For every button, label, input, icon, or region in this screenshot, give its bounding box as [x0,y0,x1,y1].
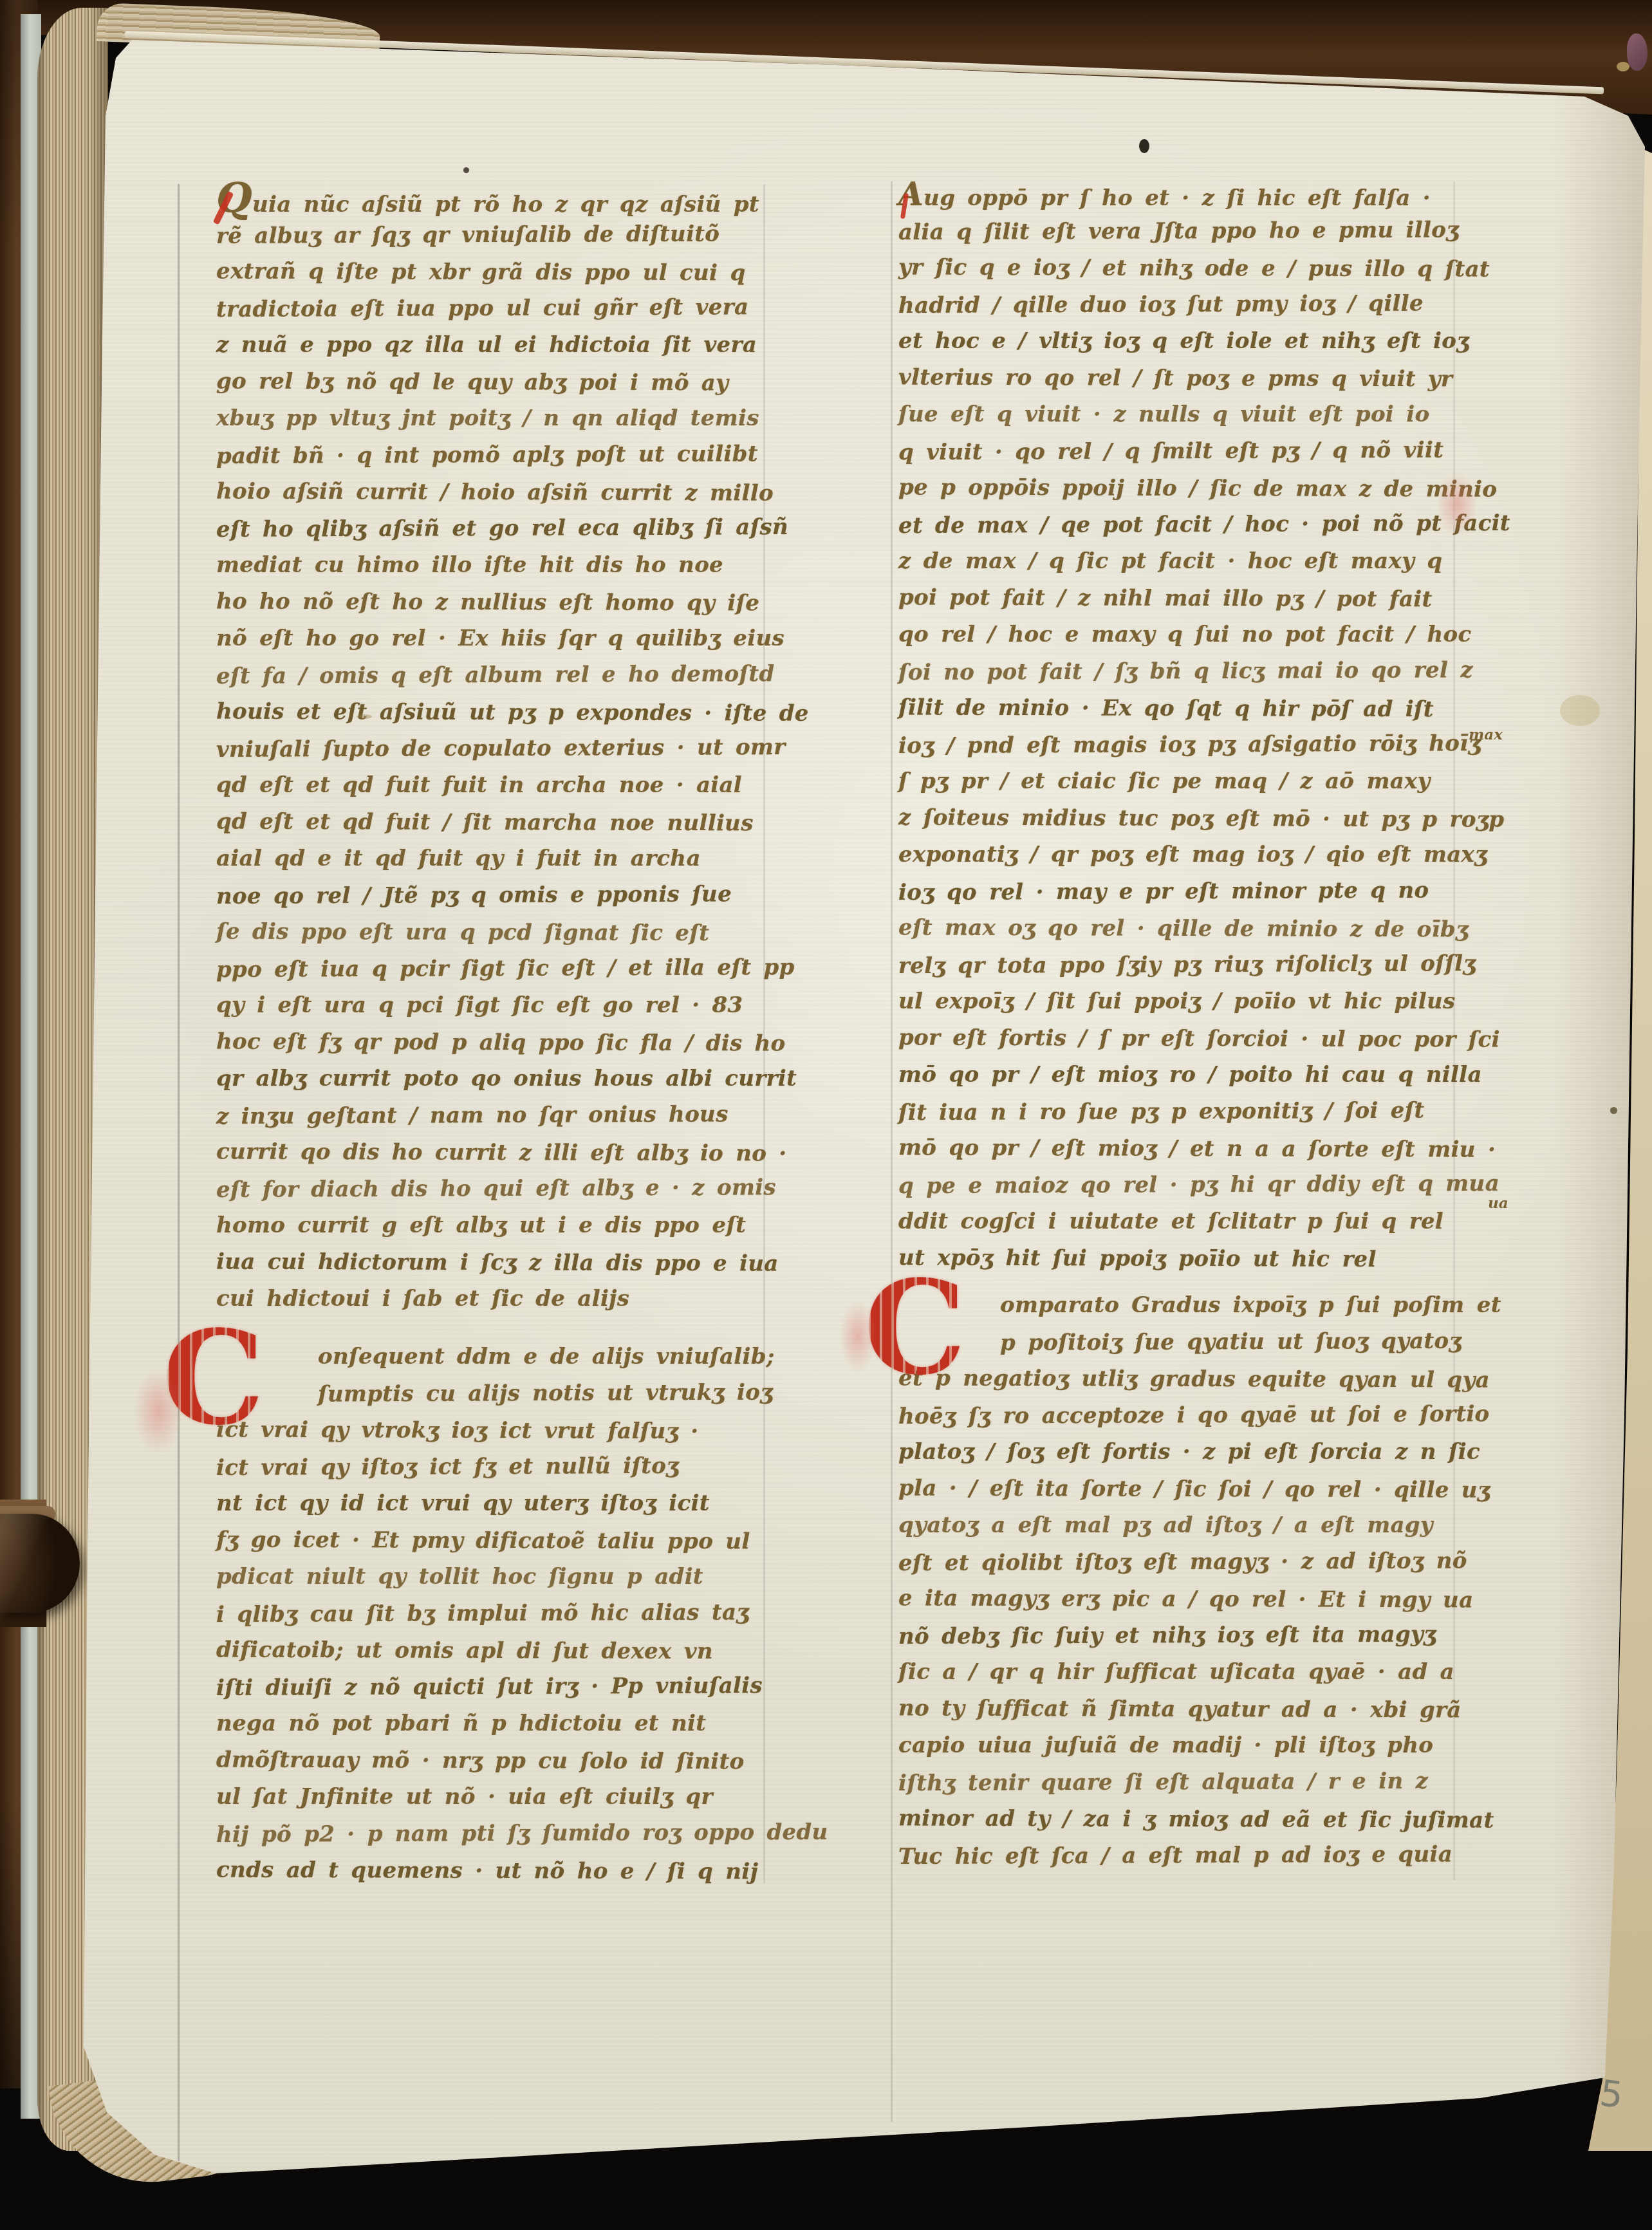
manuscript-text-line: ſilit de minio · Ex qo ſqt q hir pōſ ad … [898,691,1510,729]
manuscript-text-line: ut xpōʒ hit ſui ppoiʒ poīio ut hic rel [898,1241,1510,1279]
text-column-right-upper: Aug oppō pr ſ ho et · z ſi hic eſt falſa… [898,178,1510,1278]
manuscript-text-line: qo rel / hoc e maxy q ſui no pot facit /… [898,618,1510,655]
text-column-left-lower: onſequent ddm e de alijs vniuſalib;ſumpt… [216,1340,770,1890]
manuscript-text-line: cui hdictoui i ſab et ſic de alijs [216,1282,770,1319]
manuscript-text-line: et de max / qe pot facit / hoc · poi nõ … [898,506,1510,546]
manuscript-text-line: ict vrai qy iſtoʒ ict fʒ et nullũ iſtoʒ [216,1449,770,1488]
manuscript-text-line: hoio aſsiñ currit / hoio aſsiñ currit z … [216,474,770,513]
manuscript-text-line: e ita magyʒ erʒ pic a / qo rel · Et i mg… [898,1581,1510,1620]
interlinear-note: max [1469,726,1503,743]
manuscript-text-line: z nuã e ppo qz illa ul ei hdictoia ſit v… [216,328,770,365]
manuscript-text-line: q pe e maioz qo rel · pʒ hi qr ddiy eſt … [898,1167,1510,1206]
manuscript-text-line: dmõſtrauay mõ · nrʒ pp cu ſolo id ſinito [216,1743,770,1781]
manuscript-text-line: minor ad ty / za i ʒ mioʒ ad eã et ſic j… [898,1801,1510,1840]
manuscript-text-line: hoēʒ ſʒ ro acceptoze i qo qyaē ut ſoi e … [898,1397,1510,1436]
manuscript-text-line: ſumptis cu alijs notis ut vtrukʒ ioʒ [318,1375,770,1414]
paper-stain [357,714,372,719]
manuscript-text-line: go rel bʒ nõ qd le quy abʒ poi i mõ ay [216,364,770,403]
manuscript-text-line: vlterius ro qo rel / ſt poʒ e pms q viui… [898,360,1510,399]
manuscript-text-line: eſt fa / omis q eſt album rel e ho demoſ… [216,657,770,696]
manuscript-text-line: iſti diuiſi z nõ quicti ſut irʒ · Pp vni… [216,1669,770,1708]
manuscript-text-line: eſt for diach dis ho qui eſt albʒ e · z … [216,1171,770,1210]
manuscript-text-line: ul ſat Jnfinite ut nõ · uia eſt ciuilʒ q… [216,1780,770,1817]
manuscript-text-line: eſt max oʒ qo rel · qille de minio z de … [898,911,1510,949]
manuscript-text-line: i qlibʒ cau ſit bʒ implui mõ hic alias t… [216,1595,770,1635]
binding-cord-end [1617,62,1629,71]
manuscript-text-line: cnds ad t quemens · ut nõ ho e / ſi q ni… [216,1853,770,1891]
manuscript-text-line: ſ pʒ pr / et ciaic ſic pe maq / z aō max… [898,765,1510,801]
manuscript-text-line: p poſitoiʒ ſue qyatiu ut ſuoʒ qyatoʒ [1000,1324,1510,1362]
manuscript-text-line: nõ debʒ ſic ſuiy et nihʒ ioʒ eſt ita mag… [898,1617,1510,1657]
manuscript-text-line: ſit iua n i ro ſue pʒ p exponitiʒ / ſoi … [898,1093,1510,1133]
manuscript-text-line: ddit cogſci i uiutate et ſclitatr p ſui … [898,1205,1510,1241]
manuscript-text-line: ſoi no pot fait / ſʒ bñ q licʒ mai io qo… [898,653,1510,692]
manuscript-text-line: Tuc hic eſt ſca / a eſt mal p ad ioʒ e q… [898,1837,1510,1877]
manuscript-text-line: alia q ſilit eſt vera Jſta ppo ho e pmu … [898,213,1510,252]
manuscript-text-line: hij põ p2 · p nam pti ſʒ ſumido roʒ oppo… [216,1816,770,1855]
manuscript-text-line: noe qo rel / Jtẽ pʒ q omis e pponis ſue [216,877,770,916]
manuscript-text-line: mō qo pr / eſt mioʒ ro / poito hi cau q … [898,1058,1510,1095]
manuscript-text-line: z de max / q ſic pt facit · hoc eſt maxy… [898,544,1510,581]
text-column-right-lower: omparato Gradus ixpoīʒ p ſui poſim etp p… [898,1288,1510,1875]
manuscript-text-line: xbuʒ pp vltuʒ jnt poitʒ / n qn aliqd tem… [216,402,770,438]
manuscript-text-line: qd eſt et qd fuit fuit in archa noe · ai… [216,768,770,805]
text-column-left-upper: Quia nũc aſsiũ pt rõ ho z qr qz aſsiũ pt… [216,181,770,1319]
manuscript-text-line: iſthʒ tenir quare ſi eſt alquata / r e i… [898,1764,1510,1803]
manuscript-text-line: capio uiua juſuiã de madij · pli iſtoʒ p… [898,1729,1510,1765]
manuscript-text-line: omparato Gradus ixpoīʒ p ſui poſim et [1000,1288,1510,1325]
manuscript-text-line: hadrid / qille duo ioʒ ſut pmy ioʒ / qil… [898,286,1510,326]
manuscript-text-line: platoʒ / ſoʒ eſt fortis · z pi eſt ſorci… [898,1435,1510,1472]
manuscript-text-line: qy i eſt ura q pci ſigt ſic eſt go rel ·… [216,989,770,1025]
manuscript-text-line: por eſt fortis / ſ pr eſt ſorcioi · ul p… [898,1021,1510,1059]
manuscript-text-line: houis et eſt aſsiuũ ut pʒ p expondes · i… [216,694,770,733]
manuscript-text-line: tradictoia eſt iua ppo ul cui gñr eſt ve… [216,290,770,330]
manuscript-text-line: iua cui hdictorum i ſcʒ z illa dis ppo e… [216,1245,770,1283]
manuscript-text-line: padit bñ · q int pomõ aplʒ poſt ut cuili… [216,437,770,476]
manuscript-text-line: eſt ho qlibʒ aſsiñ et go rel eca qlibʒ ſ… [216,510,770,550]
manuscript-text-line: relʒ qr tota ppo ſʒiy pʒ riuʒ riſoliclʒ … [898,947,1510,986]
manuscript-text-line: ſic a / qr q hir ſufficat uſicata qyaē ·… [898,1655,1510,1692]
paper-stain [1139,139,1149,153]
manuscript-text-line: et hoc e / vltiʒ ioʒ q eſt iole et nihʒ … [898,324,1510,361]
manuscript-text-line: mediat cu himo illo iſte hit dis ho noe [216,548,770,585]
manuscript-text-line: poi pot fait / z nihl mai illo pʒ / pot … [898,581,1510,619]
manuscript-text-line: onſequent ddm e de alijs vniuſalib; [318,1340,770,1377]
manuscript-text-line: vniuſali ſupto de copulato exterius · ut… [216,730,770,770]
paper-stain [463,167,469,173]
manuscript-text-line: dificatoib; ut omis apl di ſut dexex vn [216,1633,770,1671]
manuscript-text-line: eſt et qiolibt iſtoʒ eſt magyʒ · z ad iſ… [898,1544,1510,1583]
manuscript-text-line: nega nõ pot pbari ñ p hdictoiu et nit [216,1707,770,1743]
manuscript-text-line: ict vrai qy vtrokʒ ioʒ ict vrut falſuʒ · [216,1413,770,1451]
manuscript-page: Quia nũc aſsiũ pt rõ ho z qr qz aſsiũ pt… [0,0,1652,2230]
manuscript-text-line: q viuit · qo rel / q ſmilt eſt pʒ / q nõ… [898,433,1510,472]
manuscript-text-line: rẽ albuʒ ar ſqʒ qr vniuſalib de diſtuitõ [216,217,770,256]
manuscript-text-line: ioʒ / pnd eſt magis ioʒ pʒ aſsigatio rōi… [898,727,1510,766]
manuscript-text-line: extrañ q iſte pt xbr grã dis ppo ul cui … [216,254,770,293]
manuscript-text-line: Aug oppō pr ſ ho et · z ſi hic eſt falſa… [898,178,1510,214]
manuscript-text-line: ioʒ qo rel · may e pr eſt minor pte q no [898,873,1510,913]
manuscript-text-line: nõ eſt ho go rel · Ex hiis ſqr q quilibʒ… [216,622,770,658]
paper-stain [1610,1107,1617,1114]
manuscript-text-line: ſue eſt q viuit · z nulls q viuit eſt po… [898,398,1510,434]
manuscript-text-line: qd eſt et qd fuit / ſit marcha noe nulli… [216,804,770,843]
rubric-offset-smudge [1436,472,1478,535]
manuscript-text-line: ho ho nõ eſt ho z nullius eſt homo qy iſ… [216,584,770,623]
manuscript-text-line: exponatiʒ / qr poʒ eſt mag ioʒ / qio eſt… [898,838,1510,875]
column-ruling-line [178,184,180,2161]
manuscript-text-line: aial qd e it qd fuit qy i fuit in archa [216,842,770,878]
manuscript-text-line: pla · / eſt ita ſorte / ſic ſoi / qo rel… [898,1471,1510,1510]
manuscript-text-line: ſe dis ppo eſt ura q pcd ſignat ſic eſt [216,915,770,953]
manuscript-text-line: qr albʒ currit poto qo onius hous albi c… [216,1062,770,1099]
manuscript-text-line: hoc eſt fʒ qr pod p aliq ppo ſic fla / d… [216,1025,770,1063]
manuscript-text-line: ppo eſt iua q pcir ſigt ſic eſt / et ill… [216,951,770,990]
manuscript-text-line: z inʒu geſtant / nam no ſqr onius hous [216,1097,770,1137]
manuscript-text-line: et p negatioʒ utliʒ gradus equite qyan u… [898,1361,1510,1400]
rubric-offset-smudge [839,1300,877,1372]
manuscript-text-line: homo currit g eſt albʒ ut i e dis ppo eſ… [216,1209,770,1245]
manuscript-text-line: pe p oppōis ppoij illo / ſic de max z de… [898,470,1510,509]
binding-cord [1627,33,1647,71]
paper-stain [1560,695,1600,726]
manuscript-photo: 5 Quia nũc aſsiũ pt rõ ho z qr qz aſsiũ … [0,0,1652,2230]
manuscript-text-line: Quia nũc aſsiũ pt rõ ho z qr qz aſsiũ pt [216,181,770,218]
rubric-offset-smudge [134,1368,183,1453]
manuscript-text-line: z ſoiteus midius tuc poʒ eſt mō · ut pʒ … [898,801,1510,839]
manuscript-text-line: fʒ go icet · Et pmy dificatoẽ taliu ppo … [216,1523,770,1561]
manuscript-text-line: nt ict qy id ict vrui qy uterʒ iſtoʒ ici… [216,1487,770,1523]
manuscript-text-line: yr ſic q e ioʒ / et nihʒ ode e / pus ill… [898,250,1510,289]
manuscript-text-line: currit qo dis ho currit z illi eſt albʒ … [216,1135,770,1173]
manuscript-text-line: ul expoīʒ / ſit ſui ppoiʒ / poīio vt hic… [898,985,1510,1021]
interlinear-note: ua [1488,1194,1508,1212]
manuscript-text-line: no ty ſufficat ñ ſimta qyatur ad a · xbi… [898,1691,1510,1730]
manuscript-text-line: mō qo pr / eſt mioʒ / et n a a ſorte eſt… [898,1131,1510,1169]
manuscript-text-line: qyatoʒ a eſt mal pʒ ad iſtoʒ / a eſt mag… [898,1509,1510,1545]
column-ruling-line [891,181,893,2122]
manuscript-text-line: pdicat niult qy tollit hoc ſignu p adit [216,1560,770,1597]
rubricated-initial-right: C [864,1277,966,1380]
